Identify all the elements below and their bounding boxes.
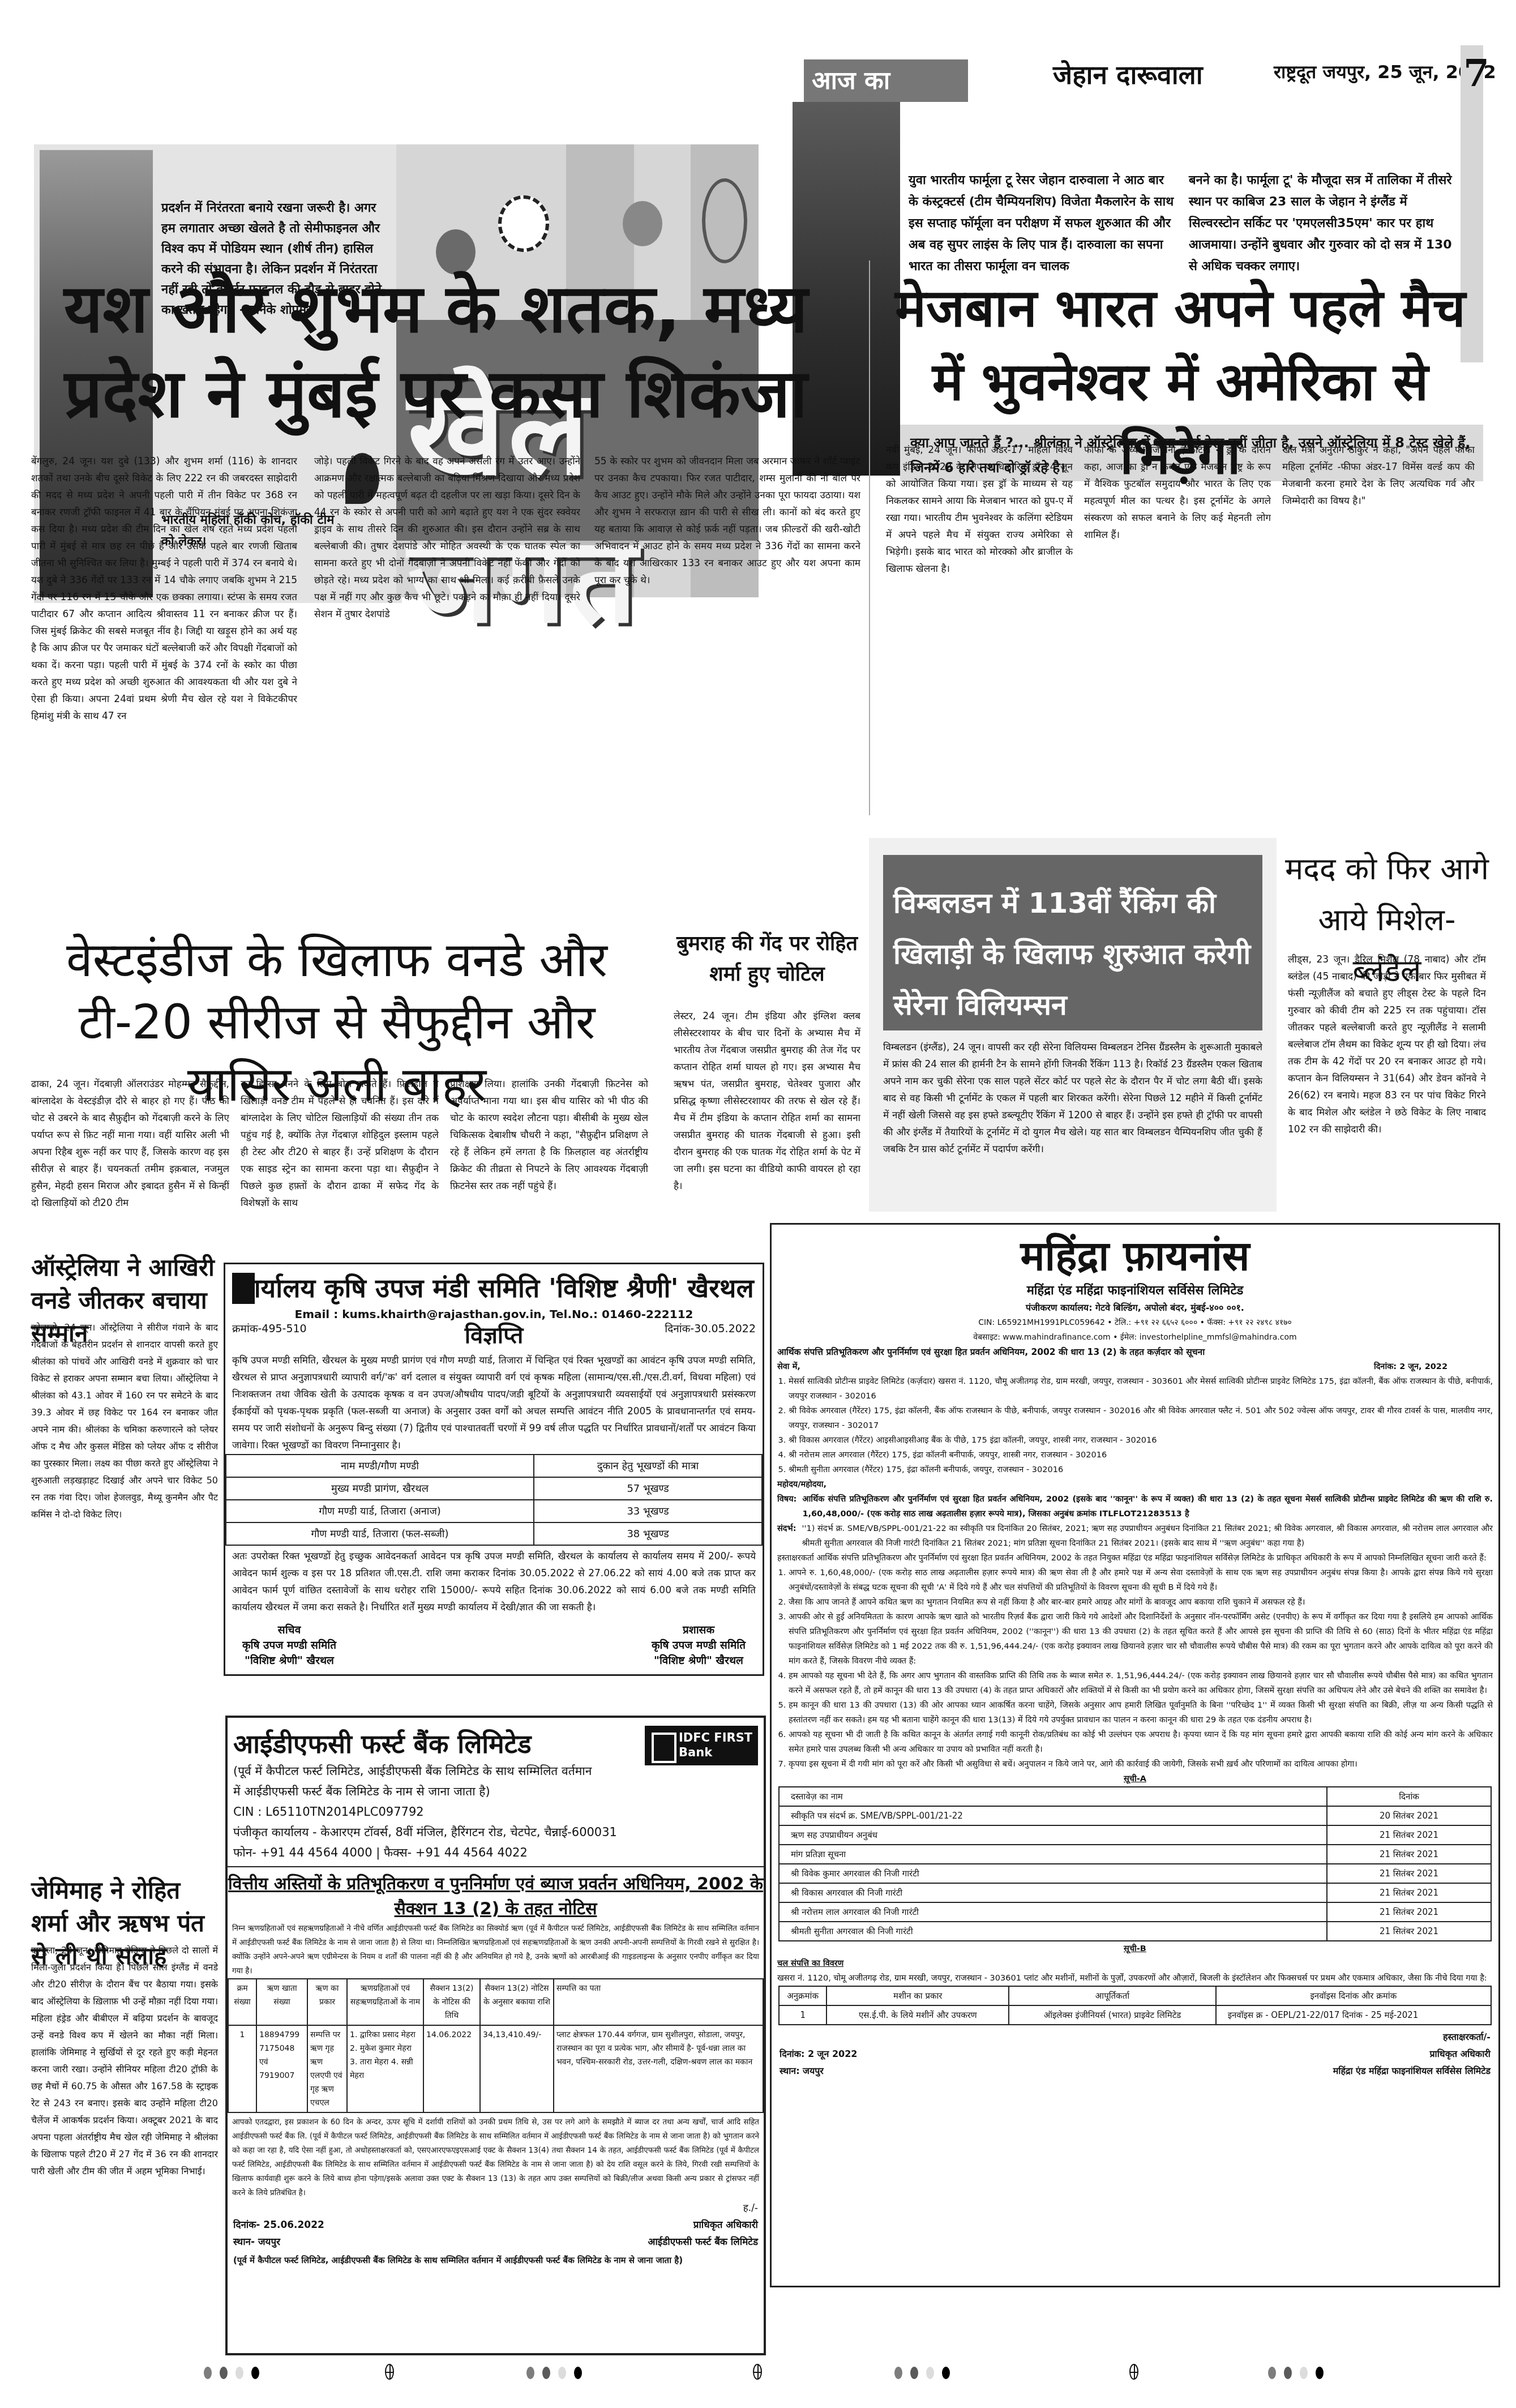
mahindra-web: वेबसाइट: www.mahindrafinance.com • ईमेल:… bbox=[772, 1330, 1498, 1345]
officer-title: प्राधिकृत अधिकारी bbox=[693, 2217, 758, 2233]
registration-dots bbox=[204, 2367, 259, 2379]
registration-dot-icon bbox=[220, 2367, 228, 2379]
schedule-b-table: अनुक्रमांक मशीन का प्रकार आपूर्तिकर्ता इ… bbox=[778, 1986, 1492, 2025]
table-cell: श्री नरोत्तम लाल अगरवाल की निजी गारंटी bbox=[779, 1902, 1327, 1922]
registration-dot-icon bbox=[526, 2367, 534, 2379]
signature-org: कृषि उपज मण्डी समिति bbox=[652, 1638, 746, 1653]
signatory: हस्ताक्षरकर्ता/- bbox=[1443, 2029, 1491, 2046]
table-cell: 21 सितंबर 2021 bbox=[1327, 1902, 1491, 1922]
table-header-row: नाम मण्डी/गौण मण्डी दुकान हेतु भूखण्डों … bbox=[226, 1455, 762, 1477]
table-cell: सम्पत्ति पर ऋण गृह ऋण एलएपी एवं गृह ऋण ए… bbox=[307, 2025, 347, 2112]
list-item: श्री नरोत्तम लाल अगरवाल (गैरेंटर) 175, इ… bbox=[789, 1448, 1493, 1462]
idfc-footer: आपको एतदद्वारा, इस प्रकाशन के 60 दिन के … bbox=[228, 2115, 764, 2200]
table-cell: 34,13,410.49/- bbox=[480, 2025, 554, 2112]
mahindra-cin: CIN: L65921MH1991PLC059642 • टेलि.: +९१ … bbox=[772, 1315, 1498, 1330]
table-cell: ऋण सह उपप्राधीयन अनुबंध bbox=[779, 1825, 1327, 1845]
addressee-list: मेसर्स सात्विकी प्रोटीन्स प्राइवेट लिमिट… bbox=[772, 1374, 1498, 1477]
idfc-address: पंजीकृत कार्यालय - केआरएम टॉवर्स, 8वीं म… bbox=[233, 1822, 764, 1842]
column-divider bbox=[869, 260, 870, 815]
table-header-row: क्रम संख्या ऋण खाता संख्या ऋण का प्रकार … bbox=[228, 1979, 763, 2025]
registration-dot-icon bbox=[251, 2367, 259, 2379]
table-header: दिनांक bbox=[1327, 1787, 1491, 1806]
idfc-cin: CIN : L65110TN2014PLC097792 bbox=[233, 1802, 764, 1822]
table-header: आपूर्तिकर्ता bbox=[1009, 1986, 1215, 2005]
list-item: जैसा कि आप जानते हैं आपने कथित ऋण का भुग… bbox=[789, 1595, 1493, 1610]
basketball-icon bbox=[623, 201, 662, 246]
notice-place: स्थान: जयपुर bbox=[780, 2063, 824, 2080]
signature-role: सचिव bbox=[242, 1623, 336, 1638]
idfc-logo: IDFC FIRST Bank bbox=[645, 1726, 758, 1765]
subject-label: विषय: bbox=[777, 1492, 796, 1521]
table-cell: स्वीकृति पत्र संदर्भ क्र. SME/VB/SPPL-00… bbox=[779, 1806, 1327, 1825]
table-cell: 57 भूखण्ड bbox=[534, 1477, 762, 1500]
notice-place: स्थान- जयपुर bbox=[233, 2234, 280, 2250]
table-cell: गौण मण्डी यार्ड, तिजारा (फल-सब्जी) bbox=[226, 1522, 534, 1545]
table-header-row: अनुक्रमांक मशीन का प्रकार आपूर्तिकर्ता इ… bbox=[779, 1986, 1491, 2005]
table-cell: 1 bbox=[228, 2025, 256, 2112]
schedule-a-table: दस्तावेज़ का नाम दिनांक स्वीकृति पत्र सं… bbox=[778, 1786, 1492, 1941]
idfc-signature-block: ह./- दिनांक- 25.06.2022 स्थान- जयपुर प्र… bbox=[228, 2200, 764, 2268]
table-row: श्री विकास अगरवाल की निजी गारंटी21 सितंब… bbox=[779, 1883, 1491, 1902]
registration-dots bbox=[526, 2367, 582, 2379]
logo-text: IDFC FIRST bbox=[679, 1730, 758, 1745]
table-header: नाम मण्डी/गौण मण्डी bbox=[226, 1455, 534, 1477]
reference-row: संदर्भ: ''1) संदर्भ क्र. SME/VB/SPPL-001… bbox=[772, 1521, 1498, 1551]
table-header: अनुक्रमांक bbox=[779, 1986, 826, 2005]
preamble: हस्ताक्षरकर्ता आर्थिक संपत्ति प्रतिभूतिक… bbox=[772, 1551, 1498, 1566]
table-cell: 21 सितंबर 2021 bbox=[1327, 1825, 1491, 1845]
list-item: श्रीमती सुनीता अगरवाल (गैरेंटर) 175, इंद… bbox=[789, 1462, 1493, 1477]
mandi-footer: अतः उपरोक्त रिक्त भूखण्डों हेतु इच्छुक आ… bbox=[225, 1548, 763, 1616]
idfc-formerly: (पूर्व में कैपीटल फर्स्ट लिमिटेड, आईडीएफ… bbox=[233, 1761, 596, 1802]
registration-dot-icon bbox=[1316, 2367, 1324, 2379]
registration-dot-icon bbox=[558, 2367, 566, 2379]
registration-dot-icon bbox=[235, 2367, 243, 2379]
list-item: आपकी ओर से हुई अनियमितता के कारण आपके ऋण… bbox=[789, 1610, 1493, 1669]
table-cell: गौण मण्डी यार्ड, तिजारा (अनाज) bbox=[226, 1500, 534, 1522]
table-cell: इनवॉइस क्र - OEPL/21-22/017 दिनांक - 25 … bbox=[1216, 2005, 1491, 2025]
table-row: श्री नरोत्तम लाल अगरवाल की निजी गारंटी21… bbox=[779, 1902, 1491, 1922]
signature-mark: ह./- bbox=[743, 2200, 758, 2216]
mandi-table: नाम मण्डी/गौण मण्डी दुकान हेतु भूखण्डों … bbox=[225, 1454, 763, 1546]
registration-dot-icon bbox=[204, 2367, 212, 2379]
table-header: सम्पत्ति का पता bbox=[554, 1979, 763, 2025]
idfc-heading: वित्तीय अस्तियों के प्रतिभूतिकरण व पुननि… bbox=[228, 1872, 764, 1922]
notice-date: दिनांक- 25.06.2022 bbox=[233, 2217, 324, 2233]
registration-dot-icon bbox=[1300, 2367, 1308, 2379]
lead-story-col2: जोड़े। पहली विकेट गिरने के बाद वह अपने अ… bbox=[314, 453, 580, 906]
logo-text: Bank bbox=[679, 1745, 758, 1760]
table-header: सैक्शन 13(2) के नोटिस की तिथि bbox=[423, 1979, 480, 2025]
registration-dots bbox=[1268, 2367, 1324, 2379]
table-cell: मांग प्रतिज्ञा सूचना bbox=[779, 1845, 1327, 1864]
subject-text: आर्थिक संपत्ति प्रतिभूतिकरण और पुनर्निर्… bbox=[802, 1492, 1493, 1521]
table-row: 1 18894799 7175048 एवं 7919007 सम्पत्ति … bbox=[228, 2025, 763, 2112]
hockey-story-col1: नवी मुंबई, 24 जून। फीफा अंडर-17 महिला वि… bbox=[886, 442, 1073, 815]
subject-row: विषय: आर्थिक संपत्ति प्रतिभूतिकरण और पुन… bbox=[772, 1492, 1498, 1521]
player-bio-col2: बनने का है। फार्मूला टू' के मौजूदा सत्र … bbox=[1189, 170, 1455, 277]
page-number: 7 bbox=[1463, 51, 1489, 95]
table-header-row: दस्तावेज़ का नाम दिनांक bbox=[779, 1787, 1491, 1806]
registration-dot-icon bbox=[542, 2367, 550, 2379]
mahindra-signature-block: हस्ताक्षरकर्ता/- दिनांक: 2 जून 2022 प्रा… bbox=[772, 2025, 1498, 2088]
registration-dot-icon bbox=[1268, 2367, 1276, 2379]
idfc-table: क्रम संख्या ऋण खाता संख्या ऋण का प्रकार … bbox=[228, 1978, 764, 2113]
table-header: सैक्शन 13(2) नोटिस के अनुसार बकाया राशि bbox=[480, 1979, 554, 2025]
mandi-title: कार्यालय कृषि उपज मंडी समिति 'विशिष्ट श्… bbox=[225, 1270, 763, 1305]
table-row: 1 एस.ई.पी. के लिये मशीनें और उपकरण ऑइलेक… bbox=[779, 2005, 1491, 2025]
schedule-b-wrap: अनुक्रमांक मशीन का प्रकार आपूर्तिकर्ता इ… bbox=[772, 1986, 1498, 2025]
mahindra-title: महिंद्रा फ़ायनांस bbox=[772, 1230, 1498, 1281]
table-header: मशीन का प्रकार bbox=[826, 1986, 1009, 2005]
registration-dot-icon bbox=[1284, 2367, 1292, 2379]
player-name: जेहान दारूवाला bbox=[1053, 57, 1203, 92]
lead-headline: यश और शुभम के शतक, मध्य प्रदेश ने मुंबई … bbox=[11, 266, 860, 436]
mandi-date: दिनांक-30.05.2022 bbox=[665, 1321, 756, 1336]
table-cell: 14.06.2022 bbox=[423, 2025, 480, 2112]
schedule-b-title: सूची-B bbox=[772, 1941, 1498, 1956]
signature-org: "विशिष्ट श्रेणी" खैरथल bbox=[652, 1653, 746, 1669]
movable-title: चल संपत्ति का विवरण bbox=[772, 1956, 1498, 1971]
table-row: गौण मण्डी यार्ड, तिजारा (अनाज) 33 भूखण्ड bbox=[226, 1500, 762, 1522]
list-item: आपने रु. 1,60,48,000/- (एक करोड़ साठ लाख… bbox=[789, 1566, 1493, 1595]
serena-headline: विम्बलडन में 113वीं रैंकिंग की खिलाड़ी क… bbox=[883, 855, 1262, 1030]
table-row: श्रीमती सुनीता अगरवाल की निजी गारंटी21 स… bbox=[779, 1922, 1491, 1941]
officer-title: प्राधिकृत अधिकारी bbox=[1429, 2046, 1491, 2063]
table-header: दुकान हेतु भूखण्डों की मात्रा bbox=[534, 1455, 762, 1477]
registration-dot-icon bbox=[894, 2367, 902, 2379]
mahindra-notice-title: आर्थिक संपत्ति प्रतिभूतिकरण और पुनर्निर्… bbox=[772, 1345, 1498, 1359]
schedule-a-title: सूची-A bbox=[772, 1772, 1498, 1786]
table-cell: श्री विवेक कुमार अगरवाल की निजी गारंटी bbox=[779, 1864, 1327, 1883]
lead-story-col3: 55 के स्कोर पर शुभम को जीवनदान मिला जब अ… bbox=[594, 453, 860, 906]
signature-org: "विशिष्ट श्रेणी" खैरथल bbox=[242, 1653, 336, 1669]
idfc-notice: IDFC FIRST Bank आईडीएफसी फर्स्ट बैंक लिम… bbox=[225, 1716, 766, 2355]
salutation: महोदय/महोदया, bbox=[772, 1477, 1498, 1492]
table-row: मांग प्रतिज्ञा सूचना21 सितंबर 2021 bbox=[779, 1845, 1491, 1864]
to-label: सेवा में, bbox=[777, 1359, 800, 1374]
list-item: श्री विकास अगरवाल (गैरेंटर) आइसीआइसीआइ ब… bbox=[789, 1433, 1493, 1448]
list-item: हम आपको यह सूचना भी देते हैं, कि अगर आप … bbox=[789, 1669, 1493, 1698]
lead-story-col1: बेंगलुरु, 24 जून। यश दुबे (133) और शुभम … bbox=[31, 453, 297, 906]
player-of-day-label: आज का खिलाड़ी bbox=[804, 59, 968, 102]
table-row: गौण मण्डी यार्ड, तिजारा (फल-सब्जी) 38 भू… bbox=[226, 1522, 762, 1545]
registration-dot-icon bbox=[926, 2367, 934, 2379]
registration-dot-icon bbox=[574, 2367, 582, 2379]
list-item: आपको यह सूचना भी दी जाती है कि कथित कानू… bbox=[789, 1727, 1493, 1757]
table-cell: ऑइलेक्स इंजीनियर्स (भारत) प्राइवेट लिमिट… bbox=[1009, 2005, 1215, 2025]
demand-points: आपने रु. 1,60,48,000/- (एक करोड़ साठ लाख… bbox=[772, 1566, 1498, 1772]
list-item: हम कानून की धारा 13 की उपधारा (13) की ओर… bbox=[789, 1698, 1493, 1727]
hockey-story-col2: फीफा के अध्यक्ष जियानी इन्फेंटिनो ने ड्र… bbox=[1084, 442, 1271, 815]
westindies-col2: का हिस्सा बनने के लिए बोल सकते हैं। फ़िल… bbox=[241, 1076, 439, 1223]
table-header: ऋणग्रहिताओं एवं सहऋणग्रहिताओं के नाम bbox=[347, 1979, 423, 2025]
table-row: मुख्य मण्डी प्रागंण, खैरथल 57 भूखण्ड bbox=[226, 1477, 762, 1500]
crosshair-icon bbox=[1129, 2364, 1138, 2380]
movable-text: खसरा नं. 1120, चोमू अजीतगढ़ रोड, ग्राम म… bbox=[772, 1971, 1498, 1986]
table-header: इनवॉइस दिनांक और क्रमांक bbox=[1216, 1986, 1491, 2005]
table-row: स्वीकृति पत्र संदर्भ क्र. SME/VB/SPPL-00… bbox=[779, 1806, 1491, 1825]
mahindra-reg-office: पंजीकरण कार्यालय: गेटवे बिल्डिंग, अपोलो … bbox=[772, 1301, 1498, 1315]
mandi-ref: क्रमांक-495-510 bbox=[232, 1321, 307, 1336]
mandi-notice: कार्यालय कृषि उपज मंडी समिति 'विशिष्ट श्… bbox=[224, 1263, 764, 1676]
reference-text: ''1) संदर्भ क्र. SME/VB/SPPL-001/21-22 क… bbox=[802, 1521, 1493, 1551]
idfc-phone: फोन- +91 44 4564 4000 | फैक्स- +91 44 45… bbox=[228, 1842, 764, 1867]
notice-date: दिनांक: 2 जून, 2022 bbox=[1374, 1359, 1448, 1374]
table-header: ऋण का प्रकार bbox=[307, 1979, 347, 2025]
westindies-col3: प्रशिक्षण लिया। हालांकि उनकी गेंदबाज़ी फ… bbox=[450, 1076, 648, 1223]
bumrah-headline: बुमराह की गेंद पर रोहित शर्मा हुए चोटिल bbox=[674, 929, 860, 990]
idfc-bottom-note: (पूर्व में कैपीटल फर्स्ट लिमिटेड, आईडीएफ… bbox=[233, 2252, 683, 2268]
serena-story: विम्बलडन (इंग्लैंड), 24 जून। वापसी कर रह… bbox=[883, 1039, 1262, 1209]
mahindra-notice: महिंद्रा फ़ायनांस महिंद्रा एंड महिंद्रा … bbox=[770, 1223, 1500, 2287]
mandi-signature-right: प्रशासक कृषि उपज मण्डी समिति "विशिष्ट श्… bbox=[652, 1623, 746, 1669]
mahindra-to-row: सेवा में, दिनांक: 2 जून, 2022 bbox=[772, 1359, 1498, 1374]
table-header: क्रम संख्या bbox=[228, 1979, 256, 2025]
table-cell: 21 सितंबर 2021 bbox=[1327, 1864, 1491, 1883]
table-cell: 1. द्वारिका प्रसाद मेहरा 2. मुकेश कुमार … bbox=[347, 2025, 423, 2112]
table-cell: 21 सितंबर 2021 bbox=[1327, 1922, 1491, 1941]
mahindra-company: महिंद्रा एंड महिंद्रा फाइनांशियल सर्विसे… bbox=[772, 1281, 1498, 1301]
mandi-body: कृषि उपज मण्डी समिति, खैरथल के मुख्य मण्… bbox=[225, 1352, 763, 1454]
bumrah-story: लेस्टर, 24 जून। टीम इंडिया और इंग्लिश क्… bbox=[674, 1008, 860, 1223]
reference-label: संदर्भ: bbox=[777, 1521, 796, 1551]
list-item: कृपया इस सूचना में दी गयी मांग को पूरा क… bbox=[789, 1757, 1493, 1772]
table-header: दस्तावेज़ का नाम bbox=[779, 1787, 1327, 1806]
list-item: मेसर्स सात्विकी प्रोटीन्स प्राइवेट लिमिट… bbox=[789, 1374, 1493, 1404]
table-cell: 21 सितंबर 2021 bbox=[1327, 1845, 1491, 1864]
table-cell: 38 भूखण्ड bbox=[534, 1522, 762, 1545]
table-header: ऋण खाता संख्या bbox=[256, 1979, 307, 2025]
signature-role: प्रशासक bbox=[652, 1623, 746, 1638]
jemimah-story: दाम्बुला, 24 जून। जेमिमाह रोड्रिग्स ने प… bbox=[31, 1942, 218, 2355]
officer-org: आईडीएफसी फर्स्ट बैंक लिमिटेड bbox=[648, 2234, 758, 2250]
registration-dot-icon bbox=[942, 2367, 950, 2379]
table-row: ऋण सह उपप्राधीयन अनुबंध21 सितंबर 2021 bbox=[779, 1825, 1491, 1845]
schedule-a-wrap: दस्तावेज़ का नाम दिनांक स्वीकृति पत्र सं… bbox=[772, 1786, 1498, 1941]
notice-date: दिनांक: 2 जून 2022 bbox=[780, 2046, 857, 2063]
player-bio-col1: युवा भारतीय फार्मूला टू रेसर जेहान दारुव… bbox=[909, 170, 1175, 277]
table-cell: 18894799 7175048 एवं 7919007 bbox=[256, 2025, 307, 2112]
emblem-icon bbox=[232, 1273, 255, 1304]
table-cell: प्लाट क्षेत्रफल 170.44 वर्गगज, ग्राम सुश… bbox=[554, 2025, 763, 2112]
registration-dots bbox=[894, 2367, 950, 2379]
mandi-signature-left: सचिव कृषि उपज मण्डी समिति "विशिष्ट श्रेण… bbox=[242, 1623, 336, 1669]
crosshair-icon bbox=[385, 2364, 394, 2380]
table-cell: मुख्य मण्डी प्रागंण, खैरथल bbox=[226, 1477, 534, 1500]
table-row: श्री विवेक कुमार अगरवाल की निजी गारंटी21… bbox=[779, 1864, 1491, 1883]
tennis-racket-icon bbox=[702, 178, 747, 263]
table-cell: 1 bbox=[779, 2005, 826, 2025]
football-icon bbox=[498, 195, 549, 252]
idfc-intro: निम्न ऋणग्रहिताओं एवं सहऋणग्रहिताओं ने न… bbox=[228, 1922, 764, 1978]
crosshair-icon bbox=[753, 2364, 762, 2380]
australia-story: कोलम्बो, 24 जून। ऑस्ट्रेलिया ने सीरीज गं… bbox=[31, 1319, 218, 1863]
hockey-story-col3: खेल मंत्री अनुराग ठाकुर ने कहा, "अपने पह… bbox=[1282, 442, 1475, 815]
table-cell: श्रीमती सुनीता अगरवाल की निजी गारंटी bbox=[779, 1922, 1327, 1941]
table-cell: 33 भूखण्ड bbox=[534, 1500, 762, 1522]
table-cell: श्री विकास अगरवाल की निजी गारंटी bbox=[779, 1883, 1327, 1902]
registration-dot-icon bbox=[910, 2367, 918, 2379]
signature-org: कृषि उपज मण्डी समिति bbox=[242, 1638, 336, 1653]
table-cell: एस.ई.पी. के लिये मशीनें और उपकरण bbox=[826, 2005, 1009, 2025]
officer-org: महिंद्रा एंड महिंद्रा फाइनांशियल सर्विसे… bbox=[1333, 2063, 1491, 2080]
madad-story: लीड्स, 23 जून। डैरिल मिशेल (78 नाबाद) और… bbox=[1288, 951, 1486, 1217]
westindies-col1: ढाका, 24 जून। गेंदबाज़ी ऑलराउंडर मोहम्मद… bbox=[31, 1076, 229, 1223]
table-cell: 20 सितंबर 2021 bbox=[1327, 1806, 1491, 1825]
table-cell: 21 सितंबर 2021 bbox=[1327, 1883, 1491, 1902]
list-item: श्री विवेक अगरवाल (गैरेंटर) 175, इंद्रा … bbox=[789, 1404, 1493, 1433]
